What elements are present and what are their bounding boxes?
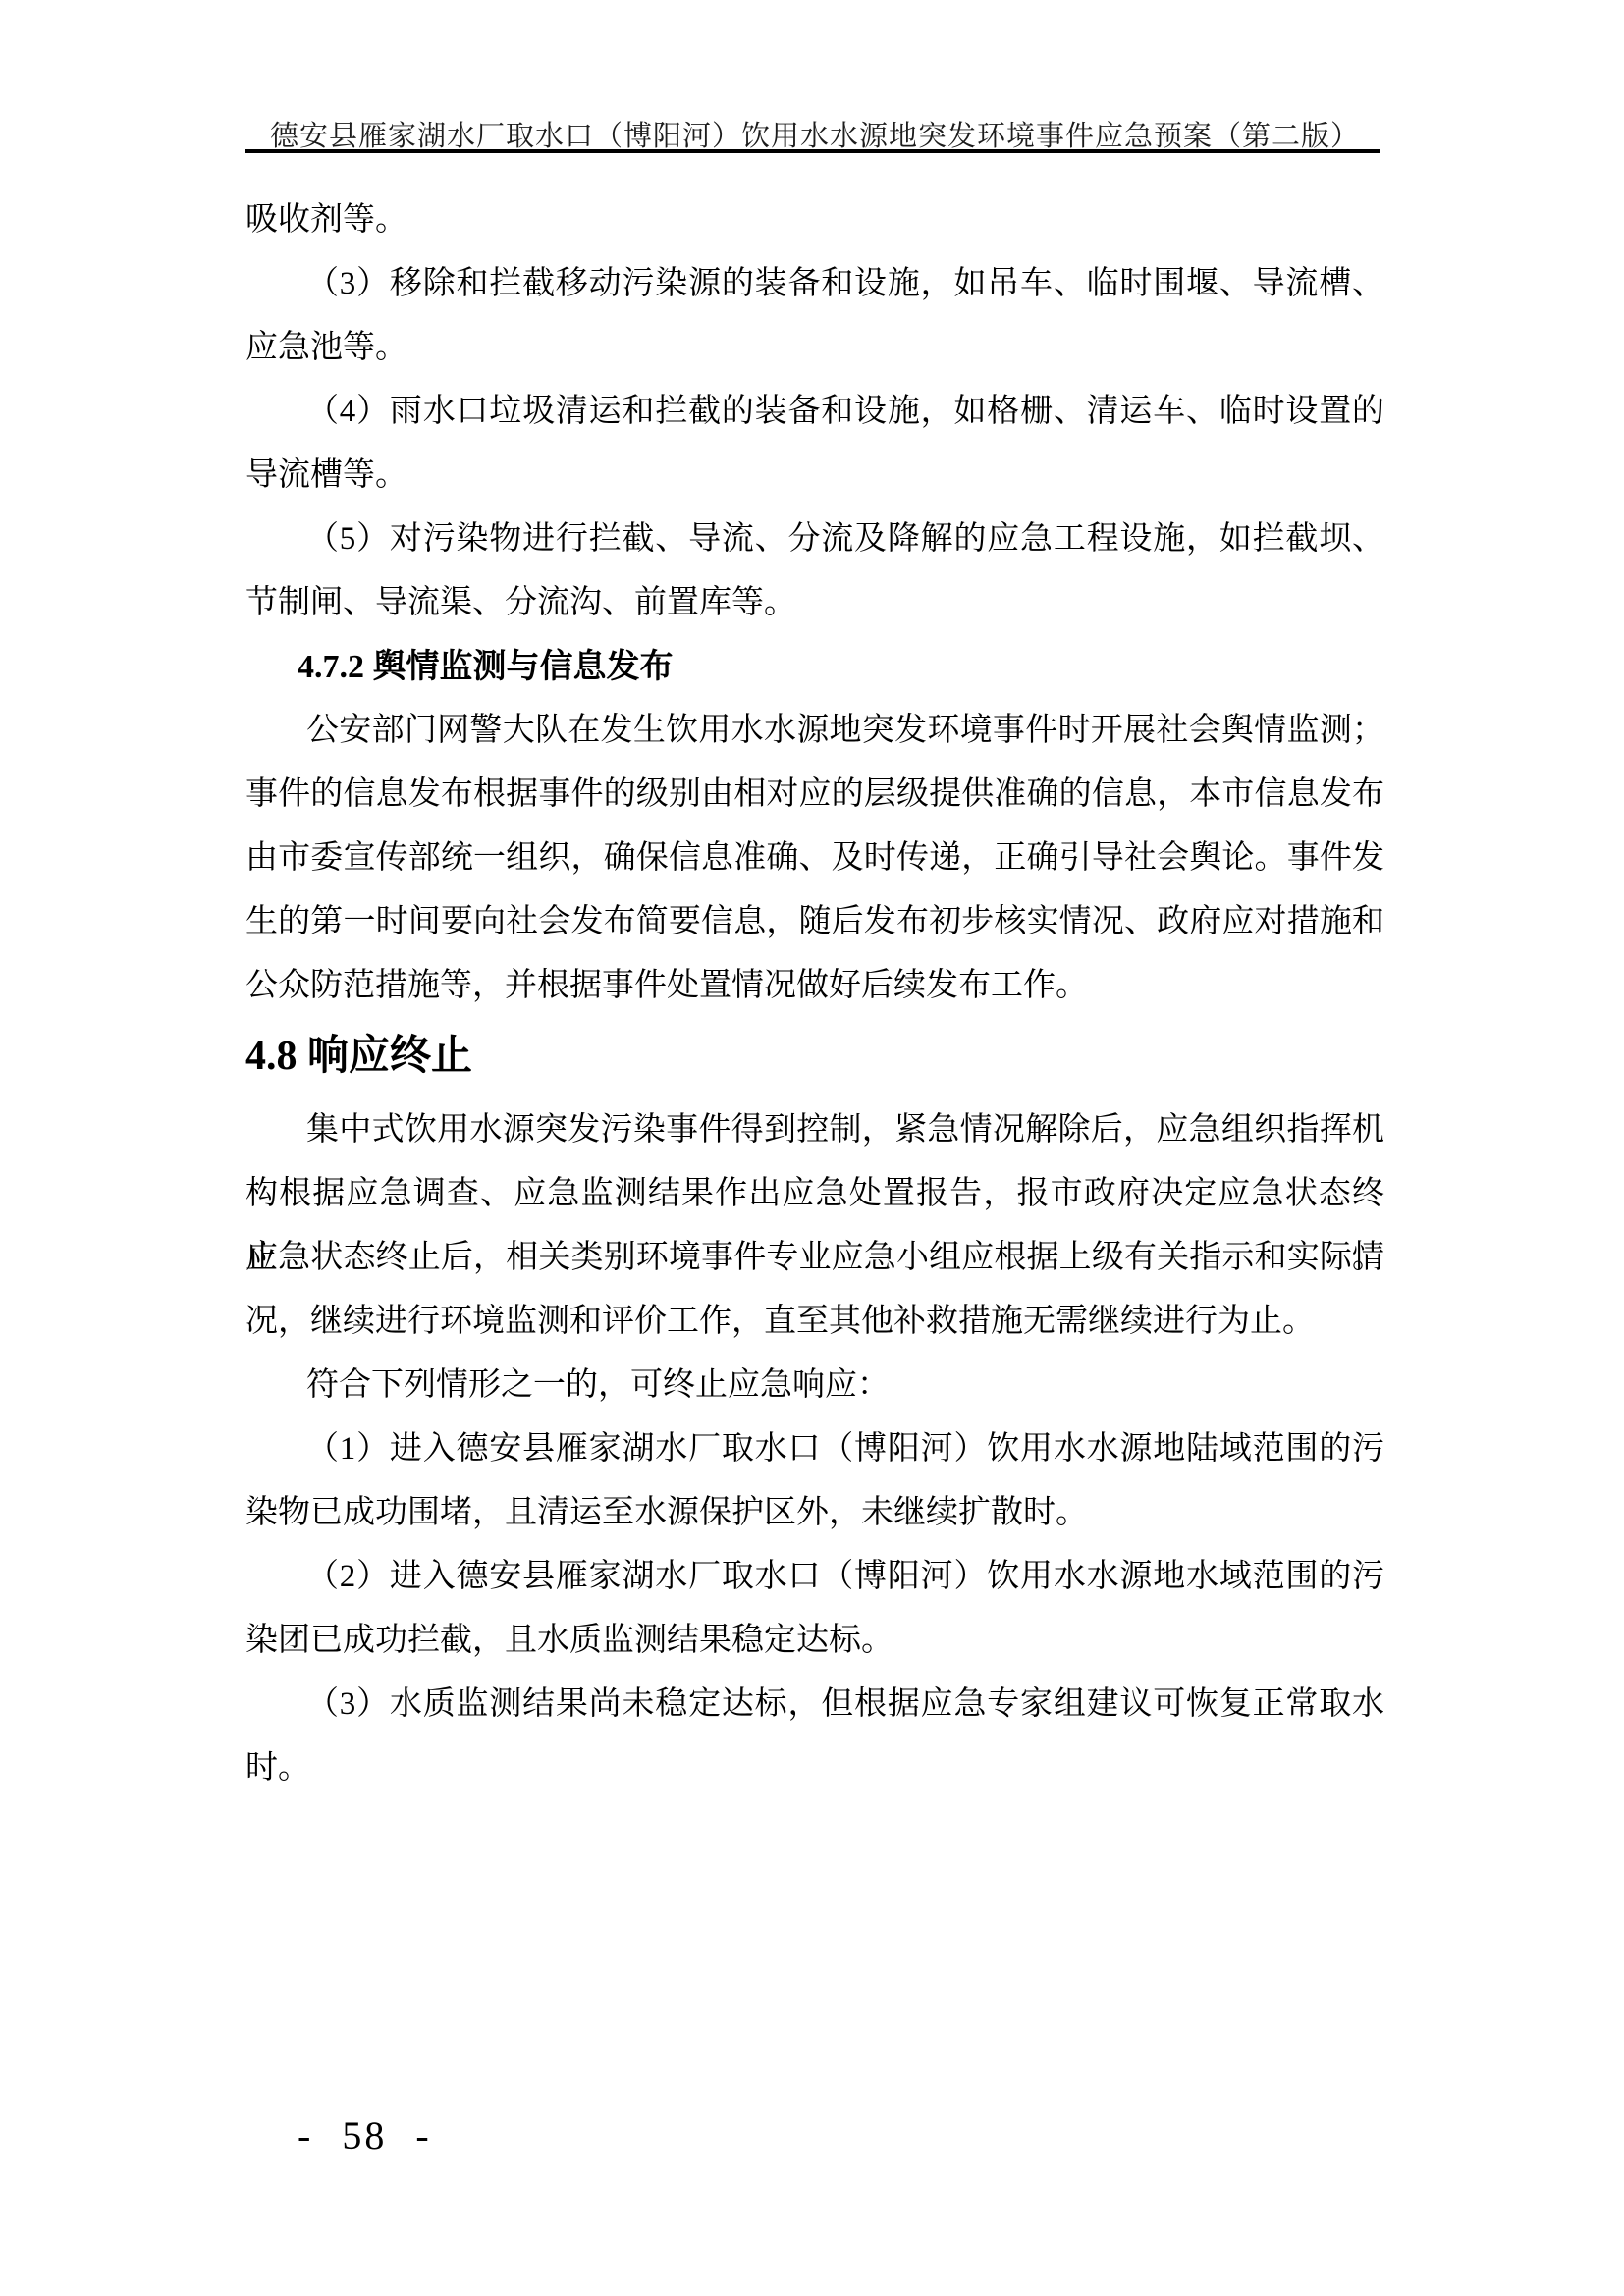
text-line: 节制闸、导流渠、分流沟、前置库等。: [245, 571, 1384, 635]
text-line: 染团已成功拦截，且水质监测结果稳定达标。: [245, 1609, 1384, 1673]
text-line: 公安部门网警大队在发生饮用水水源地突发环境事件时开展社会舆情监测；: [245, 699, 1384, 763]
text-line: 生的第一时间要向社会发布简要信息，随后发布初步核实情况、政府应对措施和: [245, 890, 1384, 954]
text-line: （1）进入德安县雁家湖水厂取水口（博阳河）饮用水水源地陆域范围的污: [245, 1417, 1384, 1481]
document-page: 德安县雁家湖水厂取水口（博阳河）饮用水水源地突发环境事件应急预案（第二版） 吸收…: [0, 0, 1624, 2296]
text-line: 况，继续进行环境监测和评价工作，直至其他补救措施无需继续进行为止。: [245, 1290, 1384, 1354]
section-heading-4-7-2: 4.7.2 舆情监测与信息发布: [245, 635, 1384, 699]
text-line: 公众防范措施等，并根据事件处置情况做好后续发布工作。: [245, 954, 1384, 1018]
text-line: （3）水质监测结果尚未稳定达标，但根据应急专家组建议可恢复正常取水: [245, 1673, 1384, 1736]
text-line: （5）对污染物进行拦截、导流、分流及降解的应急工程设施，如拦截坝、: [245, 507, 1384, 571]
text-line: 导流槽等。: [245, 444, 1384, 507]
text-line: 应急状态终止后，相关类别环境事件专业应急小组应根据上级有关指示和实际情: [245, 1226, 1384, 1290]
section-heading-4-8: 4.8 响应终止: [245, 1018, 1384, 1098]
page-header-title: 德安县雁家湖水厂取水口（博阳河）饮用水水源地突发环境事件应急预案（第二版）: [245, 114, 1384, 154]
text-line: 构根据应急调查、应急监测结果作出应急处置报告，报市政府决定应急状态终止。: [245, 1162, 1384, 1226]
text-line: 符合下列情形之一的，可终止应急响应：: [245, 1354, 1384, 1417]
text-line: 应急池等。: [245, 316, 1384, 380]
header-rule: [245, 149, 1380, 153]
text-line: （3）移除和拦截移动污染源的装备和设施，如吊车、临时围堰、导流槽、: [245, 252, 1384, 316]
text-line: 时。: [245, 1736, 1384, 1800]
text-line: 染物已成功围堵，且清运至水源保护区外，未继续扩散时。: [245, 1481, 1384, 1545]
text-line: 事件的信息发布根据事件的级别由相对应的层级提供准确的信息，本市信息发布: [245, 763, 1384, 827]
text-line: 集中式饮用水源突发污染事件得到控制，紧急情况解除后，应急组织指挥机: [245, 1098, 1384, 1162]
text-line: 由市委宣传部统一组织，确保信息准确、及时传递，正确引导社会舆论。事件发: [245, 827, 1384, 890]
text-line: （4）雨水口垃圾清运和拦截的装备和设施，如格栅、清运车、临时设置的: [245, 380, 1384, 444]
page-number: - 58 -: [298, 2110, 432, 2162]
text-line: （2）进入德安县雁家湖水厂取水口（博阳河）饮用水水源地水域范围的污: [245, 1545, 1384, 1609]
text-line: 吸收剂等。: [245, 188, 1384, 252]
document-body: 吸收剂等。 （3）移除和拦截移动污染源的装备和设施，如吊车、临时围堰、导流槽、 …: [245, 188, 1384, 1800]
